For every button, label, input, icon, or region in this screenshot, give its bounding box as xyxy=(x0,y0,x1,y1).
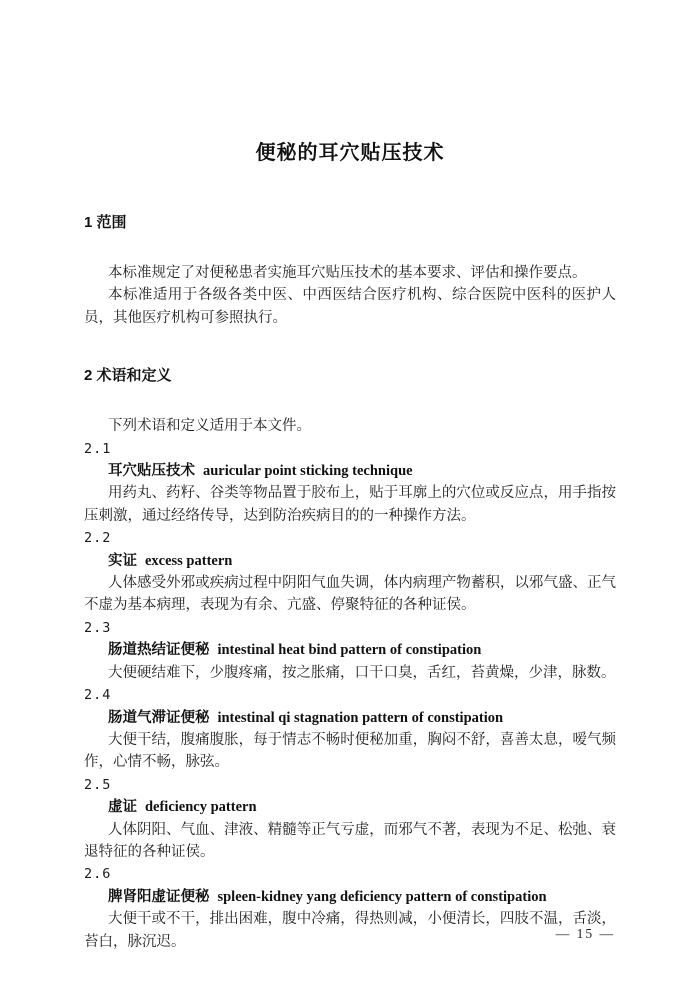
term-number: 2.1 xyxy=(84,438,616,460)
term-name-en: deficiency pattern xyxy=(145,799,257,815)
term-heading: 实证excess pattern xyxy=(84,550,616,572)
term-name-cn: 脾肾阳虚证便秘 xyxy=(108,889,210,905)
term-name-en: intestinal qi stagnation pattern of cons… xyxy=(217,710,503,726)
term-heading: 虚证deficiency pattern xyxy=(84,796,616,818)
scope-paragraphs: 本标准规定了对便秘患者实施耳穴贴压技术的基本要求、评估和操作要点。 本标准适用于… xyxy=(84,262,616,329)
section-heading-terms: 2 术语和定义 xyxy=(84,365,616,387)
page-content: 便秘的耳穴贴压技术 1 范围 本标准规定了对便秘患者实施耳穴贴压技术的基本要求、… xyxy=(84,138,616,953)
term-number: 2.6 xyxy=(84,863,616,885)
term-name-cn: 肠道热结证便秘 xyxy=(108,642,210,658)
term-entry: 2.2 实证excess pattern 人体感受外邪或疾病过程中阴阳气血失调，… xyxy=(84,527,616,617)
term-entry: 2.1 耳穴贴压技术auricular point sticking techn… xyxy=(84,438,616,528)
term-heading: 脾肾阳虚证便秘spleen-kidney yang deficiency pat… xyxy=(84,886,616,908)
term-name-en: auricular point sticking technique xyxy=(203,463,413,479)
term-definition: 大便干或不干，排出困难，腹中冷痛，得热则减，小便清长，四肢不温，舌淡，苔白，脉沉… xyxy=(84,908,616,953)
paragraph: 本标准适用于各级各类中医、中西医结合医疗机构、综合医院中医科的医护人员，其他医疗… xyxy=(84,284,616,329)
page-number: — 15 — xyxy=(556,926,615,942)
term-name-en: intestinal heat bind pattern of constipa… xyxy=(217,642,481,658)
term-heading: 耳穴贴压技术auricular point sticking technique xyxy=(84,460,616,482)
term-definition: 人体感受外邪或疾病过程中阴阳气血失调，体内病理产物蓄积，以邪气盛、正气不虚为基本… xyxy=(84,572,616,617)
term-definition: 大便硬结难下，少腹疼痛，按之胀痛，口干口臭，舌红，苔黄燥，少津，脉数。 xyxy=(84,662,616,684)
term-heading: 肠道气滞证便秘intestinal qi stagnation pattern … xyxy=(84,707,616,729)
term-name-cn: 肠道气滞证便秘 xyxy=(108,710,210,726)
terms-intro: 下列术语和定义适用于本文件。 xyxy=(84,415,616,437)
term-number: 2.2 xyxy=(84,527,616,549)
term-name-cn: 实证 xyxy=(108,553,137,569)
term-definition: 人体阴阳、气血、津液、精髓等正气亏虚，而邪气不著，表现为不足、松弛、衰退特征的各… xyxy=(84,819,616,864)
term-definition: 大便干结，腹痛腹胀，每于情志不畅时便秘加重，胸闷不舒，喜善太息，嗳气频作，心情不… xyxy=(84,729,616,774)
term-entry: 2.6 脾肾阳虚证便秘spleen-kidney yang deficiency… xyxy=(84,863,616,953)
term-number: 2.3 xyxy=(84,617,616,639)
term-entry: 2.5 虚证deficiency pattern 人体阴阳、气血、津液、精髓等正… xyxy=(84,774,616,864)
page-title: 便秘的耳穴贴压技术 xyxy=(84,138,616,168)
document-page: 便秘的耳穴贴压技术 1 范围 本标准规定了对便秘患者实施耳穴贴压技术的基本要求、… xyxy=(0,0,700,990)
term-name-en: spleen-kidney yang deficiency pattern of… xyxy=(217,889,546,905)
term-name-cn: 虚证 xyxy=(108,799,137,815)
term-name-en: excess pattern xyxy=(145,553,232,569)
term-number: 2.4 xyxy=(84,684,616,706)
term-definition: 用药丸、药籽、谷类等物品置于胶布上，贴于耳廓上的穴位或反应点，用手指按压刺激，通… xyxy=(84,482,616,527)
term-heading: 肠道热结证便秘intestinal heat bind pattern of c… xyxy=(84,639,616,661)
term-number: 2.5 xyxy=(84,774,616,796)
paragraph: 本标准规定了对便秘患者实施耳穴贴压技术的基本要求、评估和操作要点。 xyxy=(84,262,616,284)
term-name-cn: 耳穴贴压技术 xyxy=(108,463,195,479)
term-entry: 2.4 肠道气滞证便秘intestinal qi stagnation patt… xyxy=(84,684,616,774)
section-heading-scope: 1 范围 xyxy=(84,212,616,234)
term-entry: 2.3 肠道热结证便秘intestinal heat bind pattern … xyxy=(84,617,616,684)
